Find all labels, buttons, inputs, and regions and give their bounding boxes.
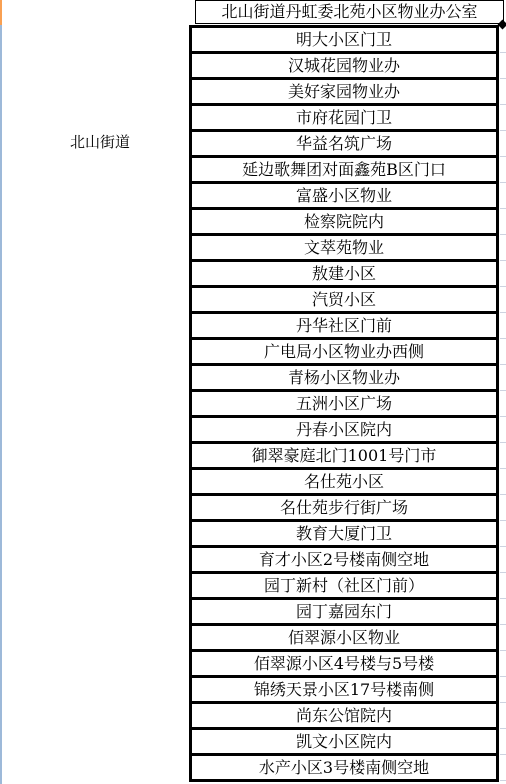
gridline-stub [500, 234, 506, 235]
table-row[interactable]: 丹春小区院内 [192, 415, 496, 441]
table-row[interactable]: 青杨小区物业办 [192, 363, 496, 389]
gridline-stub [500, 572, 506, 573]
gridline-stub [500, 598, 506, 599]
table-row[interactable]: 延边歌舞团对面鑫苑B区门口 [192, 155, 496, 181]
location-table: 明大小区门卫汉城花园物业办美好家园物业办市府花园门卫华益名筑广场延边歌舞团对面鑫… [189, 25, 499, 782]
table-row[interactable]: 汽贸小区 [192, 285, 496, 311]
gridline-stub [500, 364, 506, 365]
table-row[interactable]: 名仕苑步行街广场 [192, 493, 496, 519]
table-row[interactable]: 园丁嘉园东门 [192, 597, 496, 623]
gridline-stub [500, 754, 506, 755]
table-row[interactable]: 锦绣天景小区17号楼南侧 [192, 675, 496, 701]
table-row[interactable]: 文萃苑物业 [192, 233, 496, 259]
table-row[interactable]: 汉城花园物业办 [192, 51, 496, 77]
table-row[interactable]: 凯文小区院内 [192, 727, 496, 753]
table-row[interactable]: 丹华社区门前 [192, 311, 496, 337]
gridline-stub [500, 156, 506, 157]
gridline-stub [500, 416, 506, 417]
spreadsheet-view: 北山街道 北山街道丹虹委北苑小区物业办公室 明大小区门卫汉城花园物业办美好家园物… [0, 0, 506, 784]
table-row[interactable]: 检察院院内 [192, 207, 496, 233]
gridline-stub [500, 442, 506, 443]
left-orange-accent-bar [0, 0, 2, 25]
gridline-stub [500, 312, 506, 313]
table-row[interactable]: 佰翠源小区物业 [192, 623, 496, 649]
header-cell[interactable]: 北山街道丹虹委北苑小区物业办公室 [195, 0, 504, 24]
table-row[interactable]: 园丁新村（社区门前） [192, 571, 496, 597]
table-row[interactable]: 华益名筑广场 [192, 129, 496, 155]
gridline-stub [500, 338, 506, 339]
gridline-stub [500, 650, 506, 651]
table-row[interactable]: 市府花园门卫 [192, 103, 496, 129]
table-row[interactable]: 富盛小区物业 [192, 181, 496, 207]
gridline-stub [500, 390, 506, 391]
table-row[interactable]: 御翠豪庭北门1001号门市 [192, 441, 496, 467]
table-row[interactable]: 教育大厦门卫 [192, 519, 496, 545]
gridline-stub [500, 546, 506, 547]
table-row[interactable]: 美好家园物业办 [192, 77, 496, 103]
table-row[interactable]: 名仕苑小区 [192, 467, 496, 493]
gridline-stub [500, 182, 506, 183]
gridline-stub [500, 520, 506, 521]
gridline-stub [500, 468, 506, 469]
gridline-stub [500, 104, 506, 105]
gridline-stub [500, 52, 506, 53]
gridline-stub [500, 624, 506, 625]
left-blue-gridline [0, 25, 2, 784]
gridline-stub [500, 130, 506, 131]
gridline-stub [500, 676, 506, 677]
gridline-stub [500, 78, 506, 79]
table-row[interactable]: 佰翠源小区4号楼与5号楼 [192, 649, 496, 675]
table-row[interactable]: 敖建小区 [192, 259, 496, 285]
table-row[interactable]: 尚东公馆院内 [192, 701, 496, 727]
gridline-stub [500, 208, 506, 209]
gridline-stub [500, 260, 506, 261]
table-row[interactable]: 育才小区2号楼南侧空地 [192, 545, 496, 571]
table-row[interactable]: 广电局小区物业办西侧 [192, 337, 496, 363]
gridline-stub [500, 728, 506, 729]
gridline-stub [500, 780, 506, 781]
gridline-stub [500, 494, 506, 495]
table-row[interactable]: 明大小区门卫 [192, 25, 496, 51]
table-row[interactable]: 五洲小区广场 [192, 389, 496, 415]
region-label-cell[interactable]: 北山街道 [40, 133, 160, 151]
gridline-stub [500, 286, 506, 287]
gridline-stub [500, 702, 506, 703]
table-row[interactable]: 水产小区3号楼南侧空地 [192, 753, 496, 779]
